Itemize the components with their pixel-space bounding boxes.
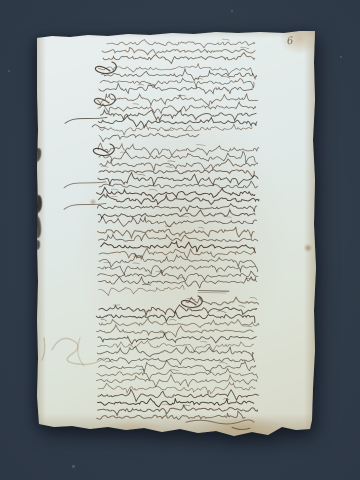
handwriting-stroke [139,369,145,370]
handwriting-stroke [99,285,184,296]
handwriting-stroke [168,161,175,162]
handwriting-stroke [219,362,227,364]
handwriting-stroke [218,311,226,313]
handwriting-stroke [99,151,255,163]
handwriting-stroke [98,398,254,407]
handwriting-stroke [178,95,186,96]
handwriting-stroke [103,53,255,64]
handwriting-stroke [101,166,108,168]
handwriting-stroke [138,84,144,85]
handwriting-stroke [243,326,252,327]
handwriting-stroke [105,361,113,362]
handwriting-stroke [143,311,151,312]
handwriting-stroke [138,174,145,175]
handwriting-stroke [186,420,254,424]
handwriting-stroke [98,143,259,155]
handwriting-stroke [223,39,230,40]
handwriting-stroke [239,306,245,308]
handwriting-stroke [196,145,205,146]
handwriting-stroke [200,341,207,342]
handwriting-stroke [241,47,249,48]
handwriting-stroke [98,358,255,365]
handwriting-stroke [100,124,253,135]
handwriting-stroke [187,298,196,299]
photo-background: 6 [0,0,360,480]
handwriting-stroke [99,305,257,316]
handwriting-stroke [166,167,172,168]
handwriting-stroke [98,382,255,394]
handwriting-stroke [98,102,255,114]
handwriting-stroke [97,187,255,199]
handwriting-stroke [171,370,179,371]
handwriting-stroke [97,411,245,419]
dust-speck [231,10,233,12]
handwriting-stroke [96,311,255,323]
handwriting-stroke [42,338,45,360]
folio-number: 6 [286,36,293,48]
handwriting-stroke [98,266,258,274]
handwriting-stroke [99,170,254,177]
handwriting-stroke [181,216,188,217]
handwriting-stroke [92,125,105,128]
handwriting-stroke [99,361,256,374]
handwriting-stroke [78,338,84,366]
handwriting-stroke [98,233,257,241]
handwriting-stroke [169,320,176,321]
handwriting-stroke [247,279,256,280]
handwriting-stroke [186,297,259,305]
handwriting-stroke [99,134,199,142]
handwriting-stroke [133,104,139,105]
handwriting-stroke [97,94,258,106]
handwriting-stroke [224,217,231,218]
handwriting-stroke [98,227,255,238]
handwriting-stroke [149,189,157,191]
handwriting-stroke [100,110,256,121]
handwriting-stroke [102,47,255,54]
handwriting-stroke [98,405,258,415]
paper-sheet: 6 [36,28,316,438]
handwriting-stroke [149,84,156,85]
handwriting-stroke [98,389,259,401]
handwriting-stroke [179,278,185,279]
handwriting-stroke [100,78,254,88]
handwriting-stroke [98,270,258,282]
handwriting-stroke [99,216,257,226]
handwriting-stroke [101,319,107,321]
manuscript-page: 6 [36,28,316,438]
handwriting-stroke [99,248,254,259]
dust-speck [340,56,342,58]
dust-speck [72,465,75,468]
handwriting-stroke [97,368,258,379]
handwriting-stroke [98,63,253,75]
handwriting-stroke [97,346,253,358]
handwriting-stroke [198,227,203,229]
handwriting-stroke [99,83,252,93]
handwriting-stroke [99,255,256,267]
handwriting-stroke [133,263,140,264]
handwriting-stroke [185,130,192,131]
dust-speck [8,70,10,72]
handwriting-stroke [250,297,257,299]
handwriting-layer [36,28,316,438]
handwriting-stroke [99,194,259,204]
handwriting-stroke [112,189,119,190]
handwriting-stroke [232,427,250,429]
handwriting-stroke [99,318,259,328]
handwriting-stroke [95,62,116,74]
handwriting-stroke [64,203,106,209]
handwriting-stroke [100,159,258,171]
handwriting-stroke [98,173,258,186]
handwriting-stroke [104,263,111,264]
handwriting-stroke [97,325,254,337]
handwriting-stroke [93,144,114,156]
handwriting-stroke [96,375,257,388]
handwriting-stroke [98,204,258,213]
handwriting-stroke [107,40,255,48]
handwriting-stroke [198,291,229,292]
